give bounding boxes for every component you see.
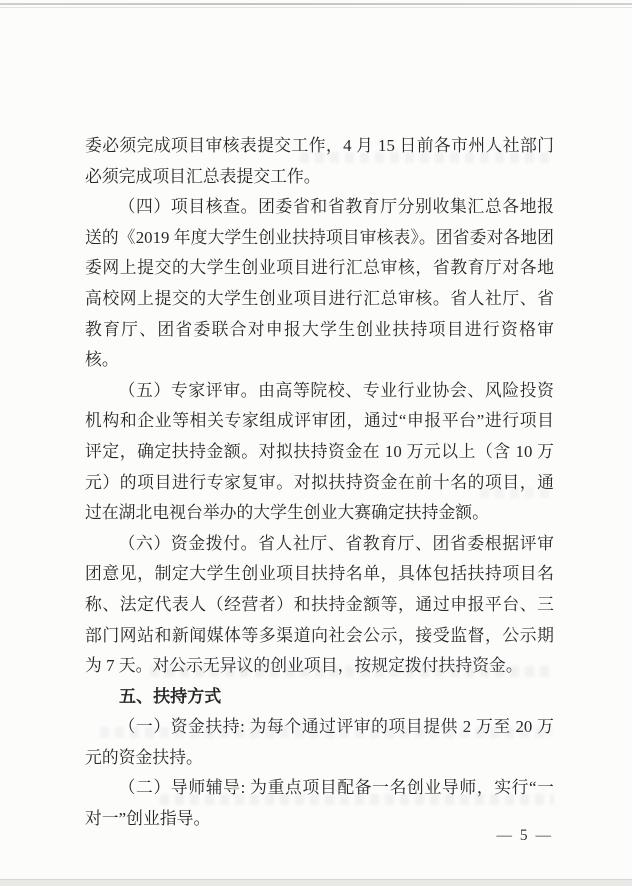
document-body: 委必须完成项目审核表提交工作，4 月 15 日前各市州人社部门必须完成项目汇总表… [85,131,554,835]
scan-edge-line-top-secondary [0,7,632,8]
scanned-document-page: 委必须完成项目审核表提交工作，4 月 15 日前各市州人社部门必须完成项目汇总表… [0,0,632,886]
scan-edge-line-top [0,3,632,5]
paragraph: （四）项目核查。团委省和省教育厅分别收集汇总各地报送的《2019 年度大学生创业… [85,192,554,376]
scan-speck [232,786,239,790]
page-number: — 5 — [497,827,554,845]
paragraph: （二）导师辅导: 为重点项目配备一名创业导师，实行“一对一”创业指导。 [85,773,554,834]
paragraph: （五）专家评审。由高等院校、专业行业协会、风险投资机构和企业等相关专家组成评审团… [85,376,554,529]
paragraph: （六）资金拨付。省人社厅、省教育厅、团省委根据评审团意见，制定大学生创业项目扶持… [85,529,554,682]
paragraph: 委必须完成项目审核表提交工作，4 月 15 日前各市州人社部门必须完成项目汇总表… [85,131,554,192]
section-heading: 五、扶持方式 [85,682,554,713]
scan-edge-line-bottom [0,879,632,886]
paragraph: （一）资金扶持: 为每个通过评审的项目提供 2 万至 20 万元的资金扶持。 [85,712,554,773]
